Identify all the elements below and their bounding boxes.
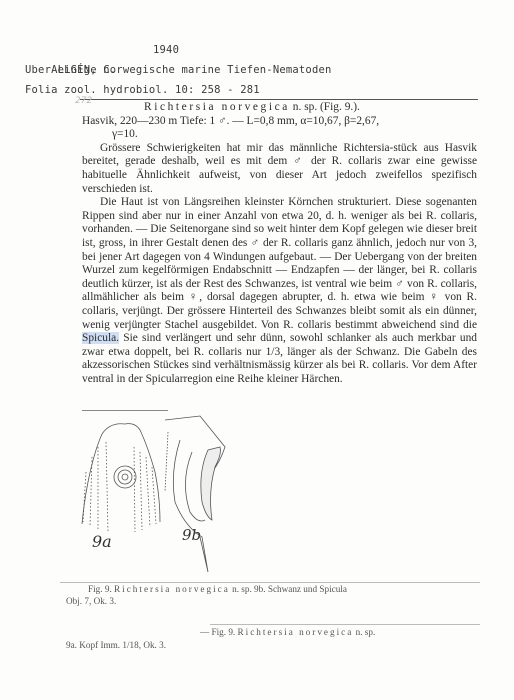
highlighted-term: Spicula. [82,332,119,344]
head-drawing-9a [82,424,160,532]
figure-caption-9b: Fig. 9. Richtersia norvegica n. sp. 9b. … [88,584,347,595]
citation-header: ALLGÉN, C. 1940 Uber einige norwegische … [25,40,332,100]
figure-9: 9a 9b [80,412,400,582]
figure-label-9b: 9b [182,526,201,544]
figure-caption-9b-magnification: Obj. 7, Ok. 3. [66,596,116,607]
paragraph: Die Haut ist von Längsreihen kleinster K… [82,196,477,386]
figure-caption-9a: — Fig. 9. Richtersia norvegica n. sp. [200,627,375,638]
locality-line: Hasvik, 220—230 m Tiefe: 1 ♂. — L=0,8 mm… [82,115,477,129]
author: ALLGÉN, C. [51,64,116,76]
gamma-line: γ=10. [82,128,477,142]
figure-rule [82,410,168,411]
nematode-illustration: 9a 9b [80,412,400,582]
species-heading: Richtersia norvegica n. sp. (Fig. 9.). [82,101,477,115]
figure-caption-9a-magnification: 9a. Kopf Imm. 1/18, Ok. 3. [66,640,166,651]
caption-rule-2 [210,624,480,625]
journal-citation: Folia zool. hydrobiol. 10: 258 - 281 [25,80,332,100]
year: 1940 [153,40,179,60]
figure-label-9a: 9a [92,532,112,551]
page-top-rule [80,99,478,100]
paragraph: Grössere Schwierigkeiten hat mir das män… [82,142,477,196]
caption-rule-1 [60,582,480,583]
tail-drawing-9b [165,416,225,572]
scanned-page-text: Richtersia norvegica n. sp. (Fig. 9.). H… [82,101,477,386]
